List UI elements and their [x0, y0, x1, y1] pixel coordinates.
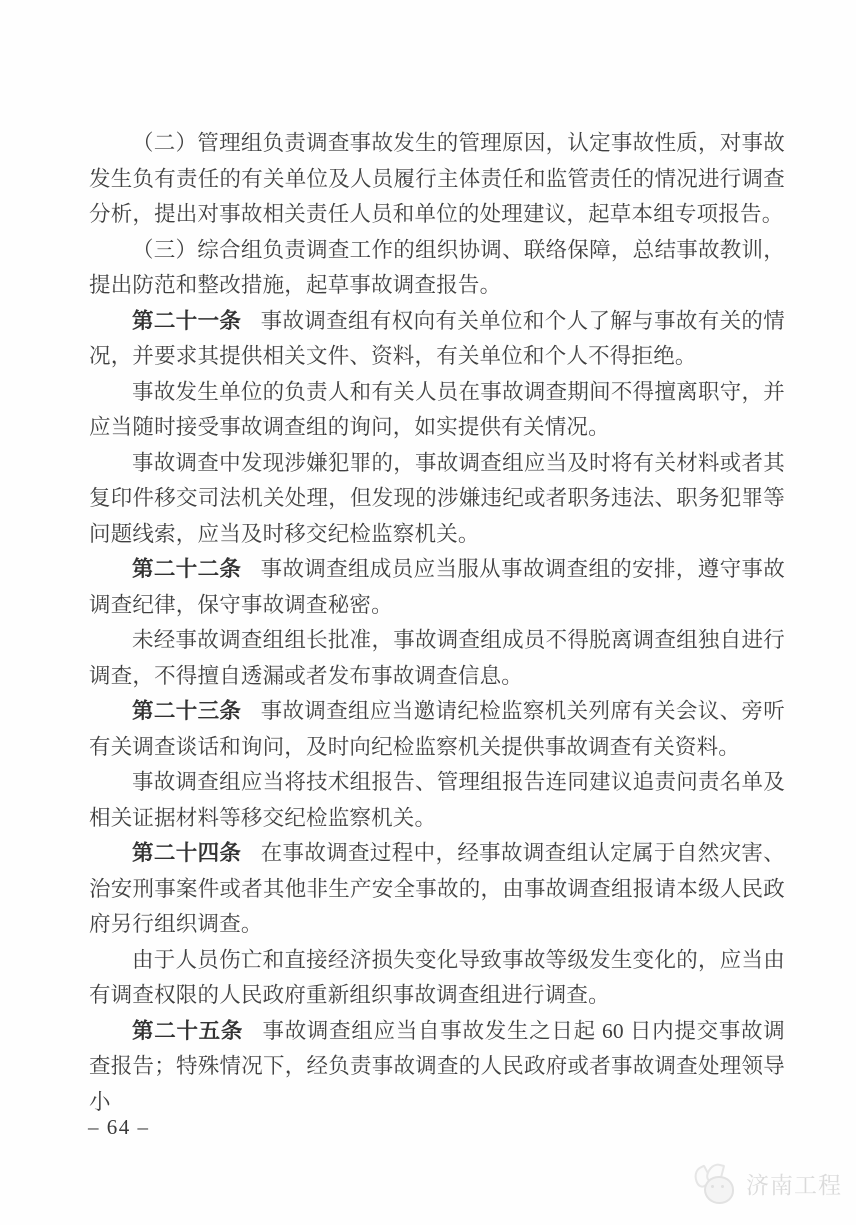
document-page: （二）管理组负责调查事故发生的管理原因，认定事故性质，对事故发生负有责任的有关单… — [0, 0, 856, 1225]
paragraph-text: 事故调查组应当将技术组报告、管理组报告连同建议追责问责名单及相关证据材料等移交纪… — [89, 770, 785, 830]
paragraph: 第二十四条在事故调查过程中，经事故调查组认定属于自然灾害、治安刑事案件或者其他非… — [89, 836, 785, 943]
article-number: 第二十四条 — [132, 841, 241, 865]
watermark-mascot-icon — [694, 1163, 740, 1203]
page-number: – 64 – — [88, 1115, 150, 1140]
paragraph-text: （二）管理组负责调查事故发生的管理原因，认定事故性质，对事故发生负有责任的有关单… — [89, 131, 785, 226]
watermark: 济南工程 — [694, 1163, 842, 1203]
paragraph: 第二十二条事故调查组成员应当服从事故调查组的安排，遵守事故调查纪律，保守事故调查… — [89, 552, 785, 623]
paragraph: （三）综合组负责调查工作的组织协调、联络保障，总结事故教训，提出防范和整改措施，… — [89, 233, 785, 304]
article-number: 第二十一条 — [132, 309, 241, 333]
watermark-text: 济南工程 — [746, 1167, 842, 1200]
paragraph: 事故发生单位的负责人和有关人员在事故调查期间不得擅离职守，并应当随时接受事故调查… — [89, 375, 785, 446]
paragraph: 事故调查中发现涉嫌犯罪的，事故调查组应当及时将有关材料或者其复印件移交司法机关处… — [89, 446, 785, 553]
paragraph: 第二十一条事故调查组有权向有关单位和个人了解与事故有关的情况，并要求其提供相关文… — [89, 304, 785, 375]
paragraph-text: 事故调查中发现涉嫌犯罪的，事故调查组应当及时将有关材料或者其复印件移交司法机关处… — [89, 451, 785, 546]
paragraph: 第二十三条事故调查组应当邀请纪检监察机关列席有关会议、旁听有关调查谈话和询问，及… — [89, 694, 785, 765]
paragraph-text: 事故发生单位的负责人和有关人员在事故调查期间不得擅离职守，并应当随时接受事故调查… — [89, 380, 785, 440]
document-body: （二）管理组负责调查事故发生的管理原因，认定事故性质，对事故发生负有责任的有关单… — [89, 126, 785, 1120]
paragraph-text: （三）综合组负责调查工作的组织协调、联络保障，总结事故教训，提出防范和整改措施，… — [89, 238, 785, 298]
article-number: 第二十三条 — [132, 699, 241, 723]
paragraph: 未经事故调查组组长批准，事故调查组成员不得脱离调查组独自进行调查，不得擅自透漏或… — [89, 623, 785, 694]
paragraph-text: 未经事故调查组组长批准，事故调查组成员不得脱离调查组独自进行调查，不得擅自透漏或… — [89, 628, 785, 688]
article-number: 第二十五条 — [132, 1019, 243, 1043]
paragraph-text: 由于人员伤亡和直接经济损失变化导致事故等级发生变化的，应当由有调查权限的人民政府… — [89, 948, 785, 1008]
article-number: 第二十二条 — [132, 557, 241, 581]
paragraph: 事故调查组应当将技术组报告、管理组报告连同建议追责问责名单及相关证据材料等移交纪… — [89, 765, 785, 836]
paragraph: 由于人员伤亡和直接经济损失变化导致事故等级发生变化的，应当由有调查权限的人民政府… — [89, 943, 785, 1014]
paragraph: 第二十五条事故调查组应当自事故发生之日起 60 日内提交事故调查报告；特殊情况下… — [89, 1014, 785, 1121]
paragraph: （二）管理组负责调查事故发生的管理原因，认定事故性质，对事故发生负有责任的有关单… — [89, 126, 785, 233]
